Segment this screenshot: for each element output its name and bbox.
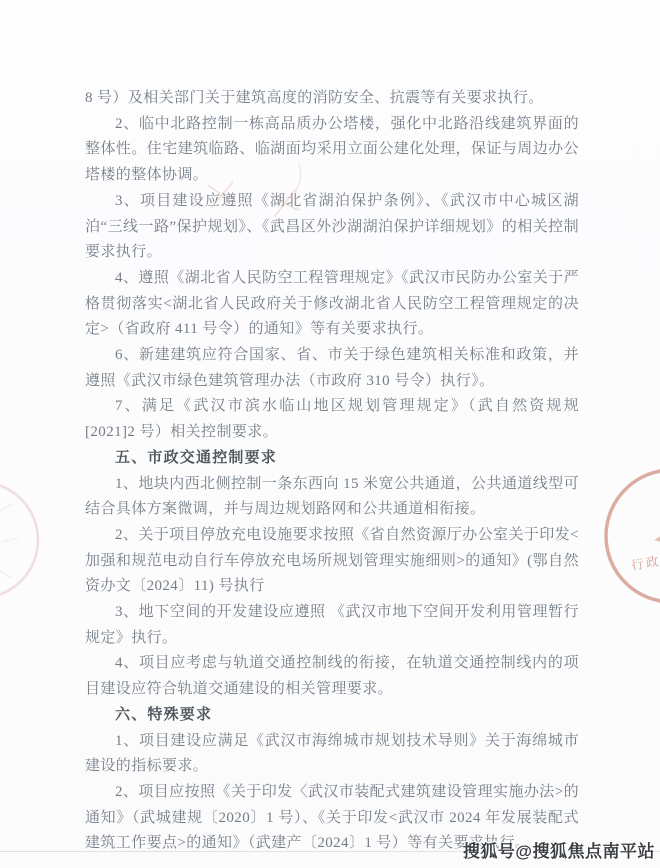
document-body: 8 号）及相关部门关于建筑高度的消防安全、抗震等有关要求执行。2、临中北路控制一… [85,86,579,857]
paragraph: 3、地下空间的开发建设应遵照 《武汉市地下空间开发利用管理暂行规定》执行。 [85,600,579,651]
paragraph: 3、项目建设应遵照《湖北省湖泊保护条例》、《武汉市中心城区湖泊“三线一路”保护规… [85,189,579,266]
sohu-watermark: 搜狐号@搜狐焦点南平站 [463,837,655,862]
section-heading: 五、市政交通控制要求 [85,446,579,472]
paragraph: 7、满足《武汉市滨水临山地区规划管理规定》（武自然资规规[2021]2 号）相关… [85,394,579,445]
paragraph: 2、临中北路控制一栋高品质办公塔楼，强化中北路沿线建筑界面的整体性。住宅建筑临路… [85,112,579,189]
paragraph: 4、遵照《湖北省人民防空工程管理规定》《武汉市民防办公室关于严格贯彻落实<湖北省… [85,266,579,343]
official-seal-left-icon [0,466,60,616]
paragraph: 2、关于项目停放充电设施要求按照《省自然资源厅办公室关于印发<加强和规范电动自行… [85,523,579,600]
section-heading: 六、特殊要求 [85,703,579,729]
paragraph: 1、项目建设应满足《武汉市海绵城市规划技术导则》关于海绵城市建设的指标要求。 [85,729,579,780]
paragraph: 6、新建建筑应符合国家、省、市关于绿色建筑相关标准和政策，并遵照《武汉市绿色建筑… [85,343,579,394]
seal-star-icon [649,517,660,556]
document-page: 8 号）及相关部门关于建筑高度的消防安全、抗震等有关要求执行。2、临中北路控制一… [0,0,660,868]
paragraph: 8 号）及相关部门关于建筑高度的消防安全、抗震等有关要求执行。 [85,86,579,112]
seal-inner-text: 行政 [630,553,660,573]
paragraph: 1、地块内西北侧控制一条东西向 15 米宽公共通道，公共通道线型可结合具体方案微… [85,472,579,523]
paragraph: 4、项目应考虑与轨道交通控制线的衔接，在轨道交通控制线内的项目建设应符合轨道交通… [85,651,579,702]
